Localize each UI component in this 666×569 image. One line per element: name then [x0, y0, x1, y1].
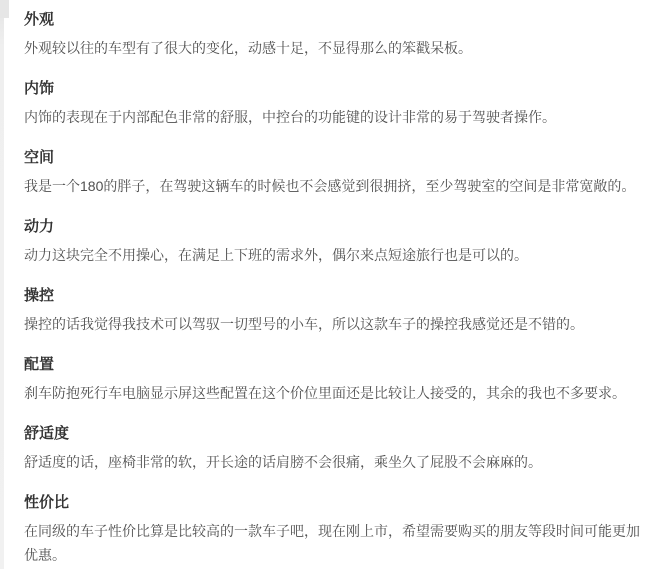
section-space: 空间 我是一个180的胖子，在驾驶这辆车的时候也不会感觉到很拥挤，至少驾驶室的空…	[24, 146, 652, 198]
section-body: 操控的话我觉得我技术可以驾驭一切型号的小车，所以这款车子的操控我感觉还是不错的。	[24, 312, 652, 336]
section-heading: 外观	[24, 8, 652, 32]
section-heading: 舒适度	[24, 422, 652, 446]
section-heading: 操控	[24, 284, 652, 308]
section-heading: 动力	[24, 215, 652, 239]
section-body: 外观较以往的车型有了很大的变化，动感十足，不显得那么的笨戳呆板。	[24, 36, 652, 60]
section-comfort: 舒适度 舒适度的话，座椅非常的软，开长途的话肩膀不会很痛，乘坐久了屁股不会麻麻的…	[24, 422, 652, 474]
section-body: 动力这块完全不用操心，在满足上下班的需求外，偶尔来点短途旅行也是可以的。	[24, 243, 652, 267]
section-body: 在同级的车子性价比算是比较高的一款车子吧，现在刚上市，希望需要购买的朋友等段时间…	[24, 519, 652, 567]
left-edge-scan-artifact	[0, 0, 4, 569]
top-left-scan-artifact	[0, 0, 9, 18]
section-value: 性价比 在同级的车子性价比算是比较高的一款车子吧，现在刚上市，希望需要购买的朋友…	[24, 491, 652, 567]
section-body: 刹车防抱死行车电脑显示屏这些配置在这个价位里面还是比较让人接受的，其余的我也不多…	[24, 381, 652, 405]
section-body: 舒适度的话，座椅非常的软，开长途的话肩膀不会很痛，乘坐久了屁股不会麻麻的。	[24, 450, 652, 474]
review-document: 外观 外观较以往的车型有了很大的变化，动感十足，不显得那么的笨戳呆板。 内饰 内…	[0, 0, 666, 569]
section-heading: 内饰	[24, 77, 652, 101]
section-configuration: 配置 刹车防抱死行车电脑显示屏这些配置在这个价位里面还是比较让人接受的，其余的我…	[24, 353, 652, 405]
section-heading: 配置	[24, 353, 652, 377]
section-interior: 内饰 内饰的表现在于内部配色非常的舒服，中控台的功能键的设计非常的易于驾驶者操作…	[24, 77, 652, 129]
section-power: 动力 动力这块完全不用操心，在满足上下班的需求外，偶尔来点短途旅行也是可以的。	[24, 215, 652, 267]
section-handling: 操控 操控的话我觉得我技术可以驾驭一切型号的小车，所以这款车子的操控我感觉还是不…	[24, 284, 652, 336]
section-heading: 空间	[24, 146, 652, 170]
section-heading: 性价比	[24, 491, 652, 515]
section-exterior: 外观 外观较以往的车型有了很大的变化，动感十足，不显得那么的笨戳呆板。	[24, 8, 652, 60]
section-body: 内饰的表现在于内部配色非常的舒服，中控台的功能键的设计非常的易于驾驶者操作。	[24, 105, 652, 129]
section-body: 我是一个180的胖子，在驾驶这辆车的时候也不会感觉到很拥挤，至少驾驶室的空间是非…	[24, 174, 652, 198]
